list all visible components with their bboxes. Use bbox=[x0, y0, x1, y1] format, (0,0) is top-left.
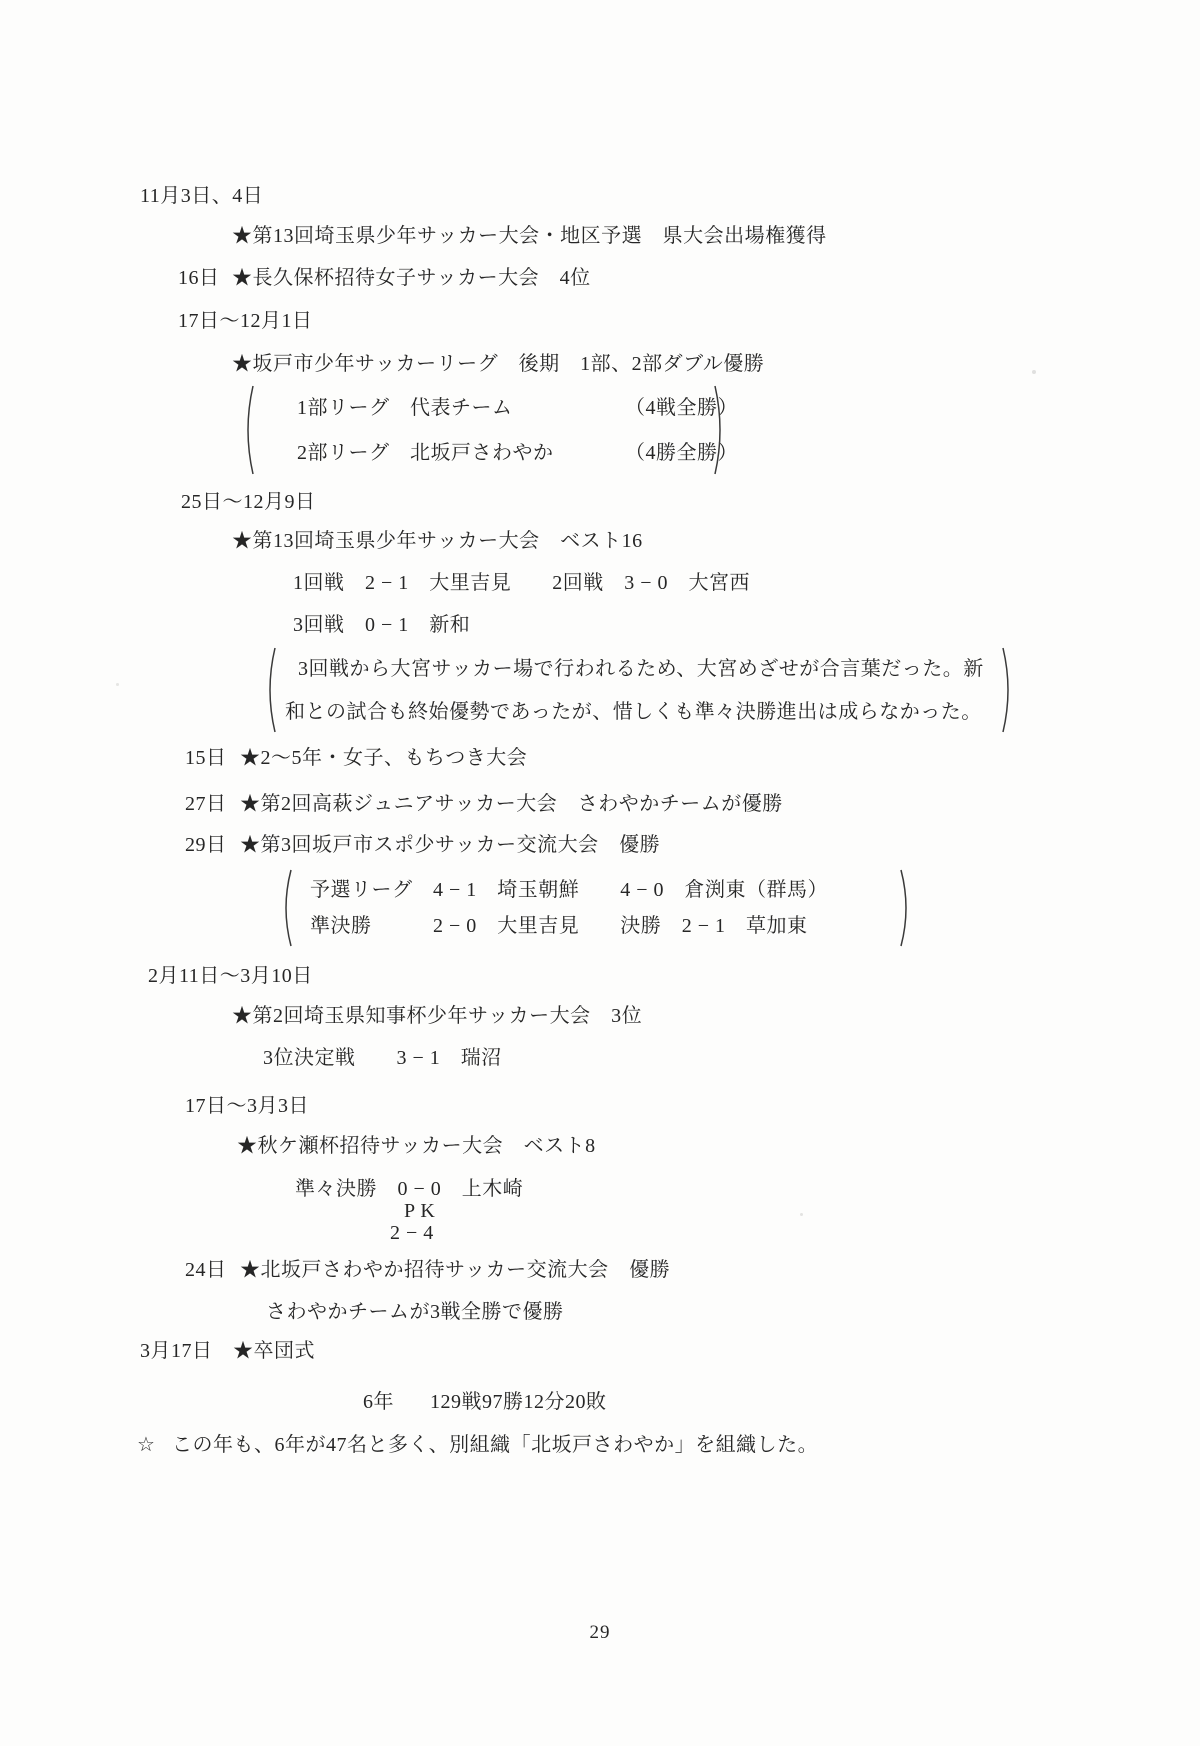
exchange-line-1: 予選リーグ 4 − 1 埼玉朝鮮 4 − 0 倉渕東（群馬） bbox=[310, 878, 828, 902]
scan-speck bbox=[800, 1213, 803, 1216]
date-17-to-mar-3: 17日～3月3日 bbox=[185, 1094, 309, 1118]
quarterfinal: 準々決勝 0 − 0 上木崎 bbox=[295, 1177, 523, 1201]
scanned-document-page: 11月3日、4日 ★第13回埼玉県少年サッカー大会・地区予選 県大会出場権獲得 … bbox=[0, 0, 1200, 1746]
date-25-to-dec-9: 25日～12月9日 bbox=[181, 490, 316, 514]
date-mar-17: 3月17日 bbox=[140, 1339, 213, 1363]
scan-speck bbox=[116, 683, 119, 686]
left-paren-bracket-b bbox=[262, 645, 278, 735]
event-akigase-cup: ★秋ケ瀬杯招待サッカー大会 ベスト8 bbox=[237, 1134, 596, 1158]
event-sakado-exchange: ★第3回坂戸市スポ少サッカー交流大会 優勝 bbox=[240, 833, 660, 857]
event-mochitsuki: ★2～5年・女子、もちつき大会 bbox=[240, 746, 527, 770]
right-paren-bracket-b bbox=[1000, 645, 1016, 735]
day-24: 24日 bbox=[185, 1258, 227, 1282]
scan-speck bbox=[1032, 370, 1036, 374]
note-line-2: 和との試合も終始優勢であったが、惜しくも準々決勝進出は成らなかった。 bbox=[285, 700, 982, 724]
date-feb11-to-mar10: 2月11日～3月10日 bbox=[148, 964, 313, 988]
event-graduation: ★卒団式 bbox=[233, 1339, 315, 1363]
sawayaka-result: さわやかチームが3戦全勝で優勝 bbox=[266, 1300, 564, 1324]
page-number: 29 bbox=[0, 1622, 1200, 1644]
third-place-match: 3位決定戦 3 − 1 瑞沼 bbox=[263, 1046, 502, 1070]
pk-label: P K bbox=[404, 1199, 435, 1223]
day-27: 27日 bbox=[185, 792, 227, 816]
date-17-to-dec-1: 17日～12月1日 bbox=[178, 309, 313, 333]
left-paren-bracket-a bbox=[240, 383, 256, 477]
left-paren-bracket-c bbox=[278, 867, 294, 949]
footnote-text: この年も、6年が47名と多く、別組織「北坂戸さわやか」を組織した。 bbox=[172, 1433, 818, 1457]
league-div2: 2部リーグ 北坂戸さわやか bbox=[297, 441, 554, 465]
event-pref-qualifier: ★第13回埼玉県少年サッカー大会・地区予選 県大会出場権獲得 bbox=[232, 224, 827, 248]
footnote-star: ☆ bbox=[137, 1433, 155, 1457]
pk-score: 2 − 4 bbox=[390, 1221, 434, 1245]
right-paren-bracket-c bbox=[898, 867, 914, 949]
event-takahagi-junior: ★第2回高萩ジュニアサッカー大会 さわやかチームが優勝 bbox=[240, 792, 783, 816]
league-div1: 1部リーグ 代表チーム bbox=[297, 396, 513, 420]
grade6-record: 129戦97勝12分20敗 bbox=[430, 1390, 607, 1414]
rounds-1-2: 1回戦 2 − 1 大里吉見 2回戦 3 − 0 大宮西 bbox=[293, 571, 750, 595]
event-sakado-league: ★坂戸市少年サッカーリーグ 後期 1部、2部ダブル優勝 bbox=[232, 352, 764, 376]
note-line-1: 3回戦から大宮サッカー場で行われるため、大宮めざせが合言葉だった。新 bbox=[298, 657, 984, 681]
grade6-label: 6年 bbox=[363, 1390, 394, 1414]
date-nov-3-4: 11月3日、4日 bbox=[140, 184, 263, 208]
round-3: 3回戦 0 − 1 新和 bbox=[293, 613, 470, 637]
exchange-line-2: 準決勝 2 − 0 大里吉見 決勝 2 − 1 草加東 bbox=[310, 914, 808, 938]
day-29: 29日 bbox=[185, 833, 227, 857]
right-paren-bracket-a bbox=[712, 383, 728, 477]
day-16: 16日 bbox=[178, 266, 220, 290]
event-kitasakado-cup: ★北坂戸さわやか招待サッカー交流大会 優勝 bbox=[240, 1258, 670, 1282]
event-nagakubo-cup: ★長久保杯招待女子サッカー大会 4位 bbox=[232, 266, 591, 290]
day-15: 15日 bbox=[185, 746, 227, 770]
event-governor-cup: ★第2回埼玉県知事杯少年サッカー大会 3位 bbox=[232, 1004, 642, 1028]
event-pref-best16: ★第13回埼玉県少年サッカー大会 ベスト16 bbox=[232, 529, 643, 553]
